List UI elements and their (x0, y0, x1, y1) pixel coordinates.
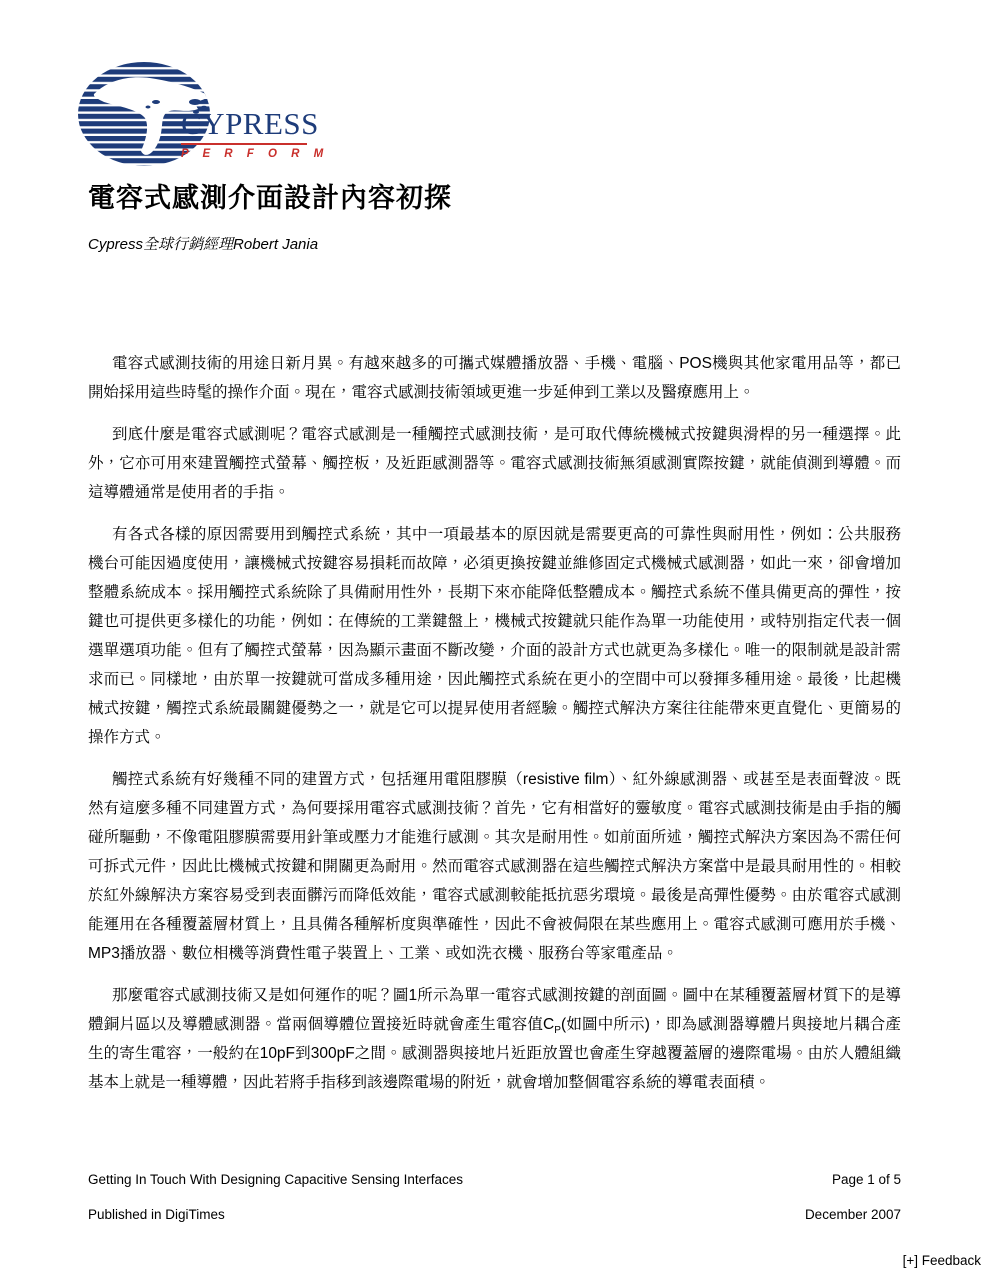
footer-published-in: Published in DigiTimes (88, 1207, 225, 1222)
footer-doc-title: Getting In Touch With Designing Capaciti… (88, 1172, 463, 1187)
text-run: 到底什麼是電容式感測呢？電容式感測是一種觸控式感測技術，是可取代傳統機械式按鍵與… (88, 426, 901, 501)
footer-row-2: Published in DigiTimes December 2007 (88, 1207, 901, 1222)
text-run: 電容式感測技術的用途日新月異。有越來越多的可攜式媒體播放器、手機、電腦、POS機… (88, 355, 901, 401)
paragraph: 那麼電容式感測技術又是如何運作的呢？圖1所示為單一電容式感測按鍵的剖面圖。圖中在… (88, 981, 901, 1097)
footer-page-number: Page 1 of 5 (832, 1172, 901, 1187)
document-page: CYPRESS P E R F O R M 電容式感測介面設計內容初探 Cypr… (0, 0, 989, 1280)
logo-brand-wordmark: CYPRESS (181, 108, 309, 139)
article-body: 電容式感測技術的用途日新月異。有越來越多的可攜式媒體播放器、手機、電腦、POS機… (88, 349, 901, 1110)
subscript-text: P (554, 1025, 561, 1036)
author-line: Cypress全球行銷經理Robert Jania (88, 233, 318, 254)
feedback-link[interactable]: [+] Feedback (903, 1253, 981, 1268)
logo-text: CYPRESS P E R F O R M (181, 108, 309, 160)
paragraph: 觸控式系統有好幾種不同的建置方式，包括運用電阻膠膜（resistive film… (88, 765, 901, 968)
paragraph: 電容式感測技術的用途日新月異。有越來越多的可攜式媒體播放器、手機、電腦、POS機… (88, 349, 901, 407)
cypress-logo: CYPRESS P E R F O R M (78, 60, 313, 165)
text-run: 有各式各樣的原因需要用到觸控式系統，其中一項最基本的原因就是需要更高的可靠性與耐… (88, 526, 901, 746)
paragraph: 有各式各樣的原因需要用到觸控式系統，其中一項最基本的原因就是需要更高的可靠性與耐… (88, 520, 901, 752)
footer-row-1: Getting In Touch With Designing Capaciti… (88, 1172, 901, 1187)
text-run: 觸控式系統有好幾種不同的建置方式，包括運用電阻膠膜（resistive film… (88, 771, 901, 962)
logo-red-rule (181, 143, 307, 145)
paragraph: 到底什麼是電容式感測呢？電容式感測是一種觸控式感測技術，是可取代傳統機械式按鍵與… (88, 420, 901, 507)
page-title: 電容式感測介面設計內容初探 (88, 176, 452, 215)
logo-tagline: P E R F O R M (181, 148, 309, 160)
footer-date: December 2007 (805, 1207, 901, 1222)
